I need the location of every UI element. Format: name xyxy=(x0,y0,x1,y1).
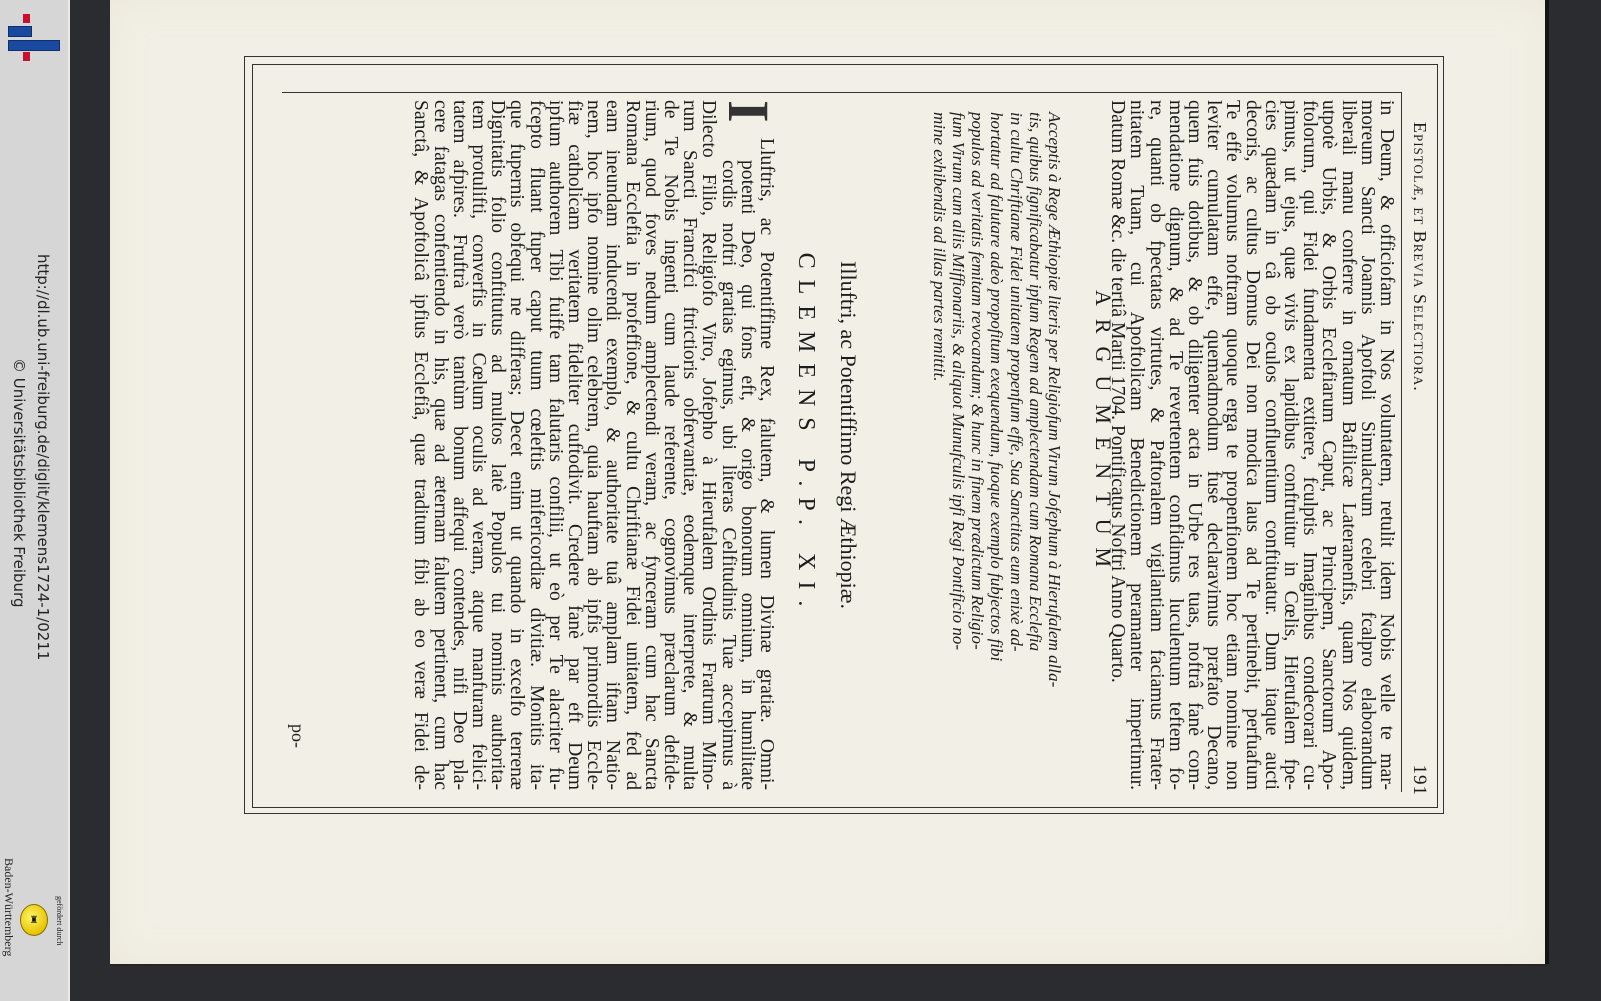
page-content: Epistolæ, et Brevia Selectiora. 191 in D… xyxy=(252,64,1436,806)
permalink-url[interactable]: http://dl.ub.uni-freiburg.de/diglit/klem… xyxy=(34,254,52,660)
sponsor-label: gefördert durch xyxy=(55,896,64,946)
page-number: 191 xyxy=(1408,765,1430,797)
letter-author: CLEMENS P.P. XI. xyxy=(792,64,819,806)
running-head-title: Epistolæ, et Brevia Selectiora. xyxy=(1409,122,1430,392)
viewer-sidebar: http://dl.ub.uni-freiburg.de/diglit/klem… xyxy=(0,0,70,1001)
head-rule xyxy=(1401,92,1402,792)
letter-address: Illuftri, ac Potentiffimo Regi Æthiopiæ. xyxy=(835,64,861,806)
continued-letter-text: in Deum, & officiofam in Nos voluntatem,… xyxy=(1108,100,1396,790)
baden-wuerttemberg-emblem-icon: ♜ xyxy=(20,904,48,936)
copyright-notice: © Universitätsbibliothek Freiburg xyxy=(10,358,28,607)
catchword: po- xyxy=(287,724,308,748)
ub-freiburg-logo-icon[interactable] xyxy=(6,12,60,64)
running-head: Epistolæ, et Brevia Selectiora. 191 xyxy=(1406,64,1436,806)
argument-heading: ARGUMENTUM xyxy=(1090,64,1116,806)
argument-summary: Acceptis à Rege Æthiopiæ literis per Rel… xyxy=(930,112,1064,792)
page-edge xyxy=(1545,0,1549,964)
sponsor-name: Baden-Württemberg xyxy=(1,858,16,956)
letter-body: Lluftris, ac Potentiffime Rex, falutem, … xyxy=(411,100,776,790)
